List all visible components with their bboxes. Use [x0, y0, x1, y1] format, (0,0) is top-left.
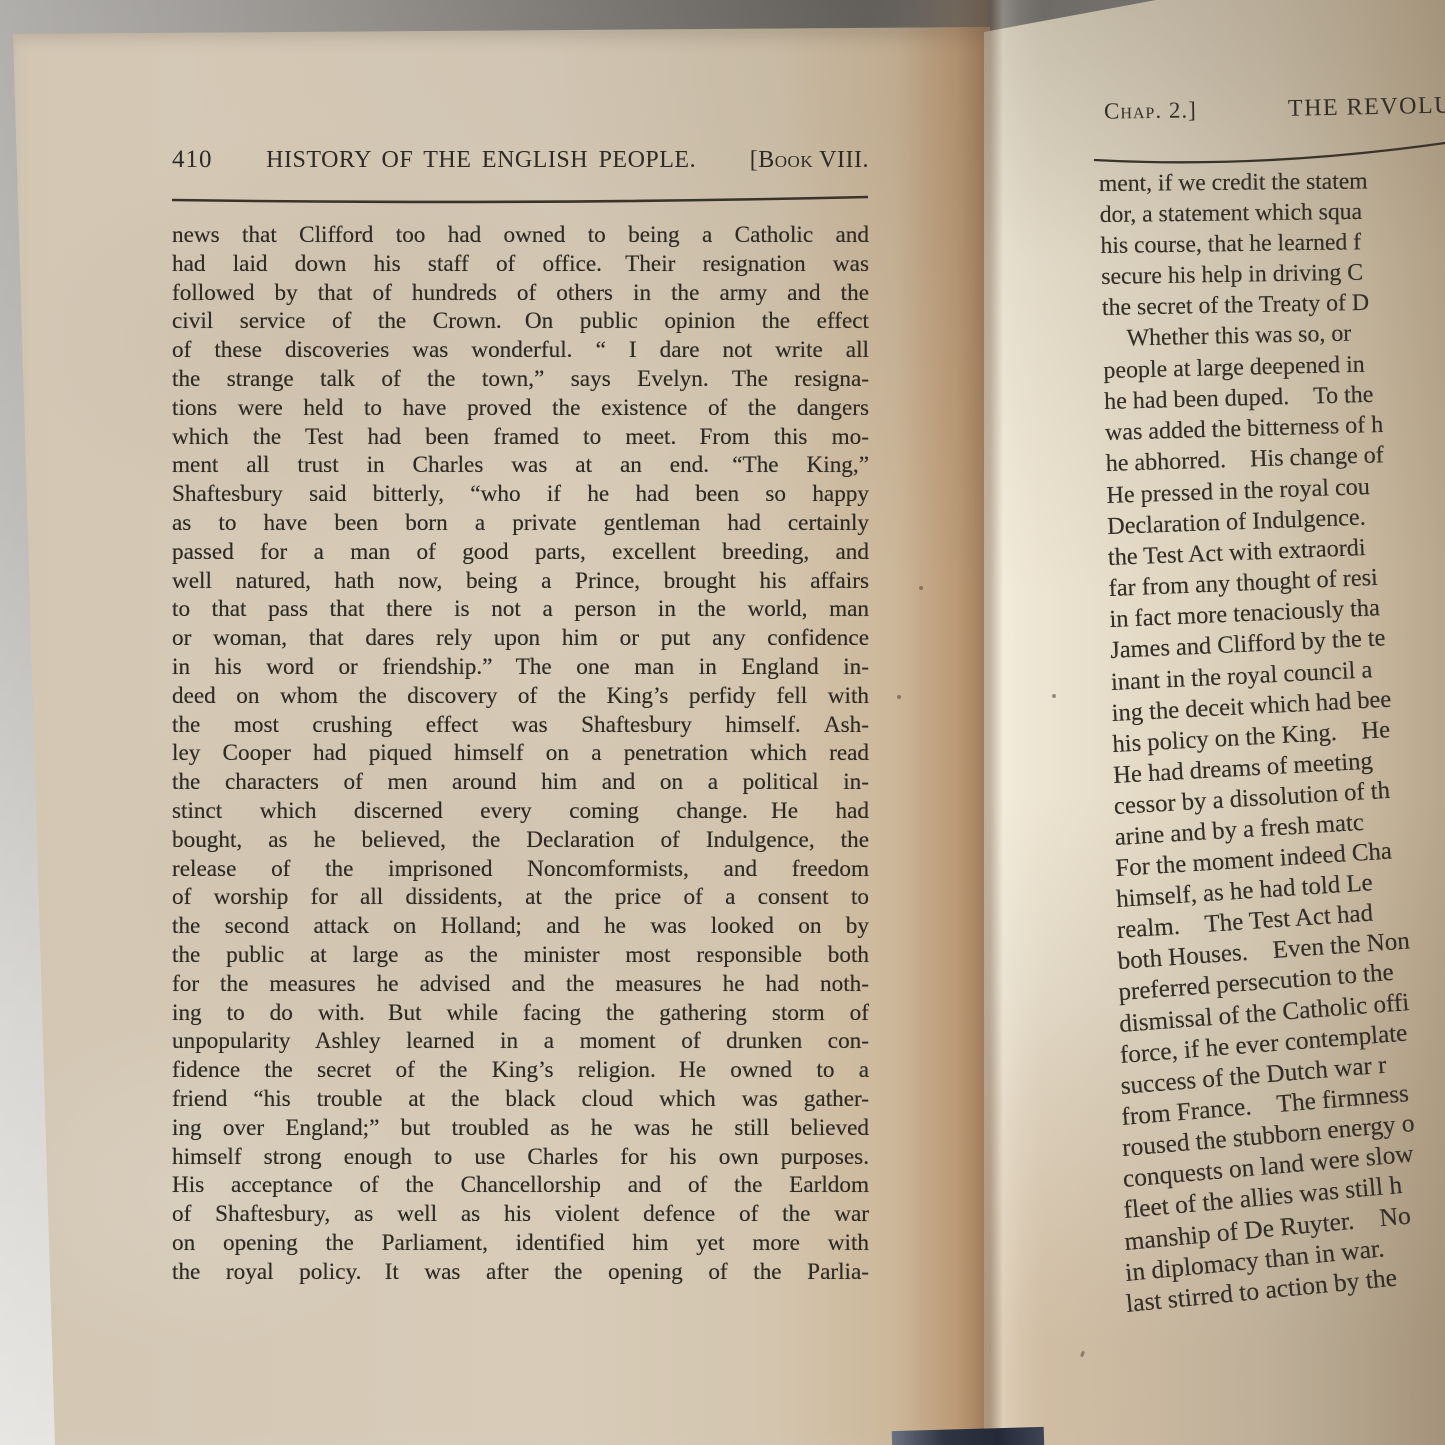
- left-page-header: 410 HISTORY OF THE ENGLISH PEOPLE. [Book…: [172, 146, 869, 174]
- text-line: himself strong enough to use Charles for…: [172, 1143, 869, 1172]
- text-line: news that Clifford too had owned to bein…: [172, 221, 869, 250]
- text-line: the royal policy. It was after the openi…: [172, 1258, 869, 1287]
- text-line: fidence the secret of the King’s religio…: [172, 1056, 869, 1085]
- text-line: ing over England;” but troubled as he wa…: [172, 1114, 869, 1143]
- text-line: unpopularity Ashley learned in a moment …: [172, 1027, 869, 1056]
- text-line: in his word or friendship.” The one man …: [172, 653, 869, 682]
- text-line: release of the imprisoned Noncomformists…: [172, 855, 869, 884]
- text-line: the most crushing effect was Shaftesbury…: [172, 711, 869, 740]
- text-line: well natured, hath now, being a Prince, …: [172, 567, 869, 596]
- text-line: the characters of men around him and on …: [172, 768, 869, 797]
- text-line: of Shaftesbury, as well as his violent d…: [172, 1200, 869, 1229]
- text-line: Shaftesbury said bitterly, “who if he ha…: [172, 480, 869, 509]
- right-page-text-block: ment, if we credit the statemdor, a stat…: [1099, 169, 1445, 1319]
- text-line: ley Cooper had piqued himself on a penet…: [172, 739, 869, 768]
- left-page-text-block: news that Clifford too had owned to bein…: [172, 221, 869, 1286]
- paper-speck: [1052, 694, 1056, 698]
- text-line: ment all trust in Charles was at an end.…: [172, 451, 869, 480]
- running-title: THE REVOLUT: [1288, 92, 1445, 123]
- text-line: ing to do with. But while facing the gat…: [172, 999, 869, 1028]
- text-line: the public at large as the minister most…: [172, 941, 869, 970]
- book-number: [Book VIII.: [750, 147, 869, 174]
- text-line: stinct which discerned every coming chan…: [172, 797, 869, 826]
- text-line: had laid down his staff of office. Their…: [172, 250, 869, 279]
- text-line: for the measures he advised and the meas…: [172, 970, 869, 999]
- text-line: passed for a man of good parts, excellen…: [172, 538, 869, 567]
- text-line: the strange talk of the town,” says Evel…: [172, 365, 869, 394]
- text-line: friend “his trouble at the black cloud w…: [172, 1085, 869, 1114]
- running-title: HISTORY OF THE ENGLISH PEOPLE.: [266, 147, 696, 174]
- book-photo: 410 HISTORY OF THE ENGLISH PEOPLE. [Book…: [0, 0, 1445, 1445]
- paper-speck: [919, 586, 923, 590]
- page-number: 410: [172, 146, 213, 174]
- text-line: on opening the Parliament, identified hi…: [172, 1229, 869, 1258]
- text-line: deed on whom the discovery of the King’s…: [172, 682, 869, 711]
- chapter-label: Chap. 2.]: [1104, 97, 1197, 124]
- text-line: tions were held to have proved the exist…: [172, 394, 869, 423]
- text-line: to that pass that there is not a person …: [172, 595, 869, 624]
- text-line: ment, if we credit the statem: [1099, 165, 1445, 200]
- text-line: the second attack on Holland; and he was…: [172, 912, 869, 941]
- text-line: followed by that of hundreds of others i…: [172, 279, 869, 308]
- book-cover-edge: [892, 1427, 1044, 1445]
- paper-speck: [897, 695, 901, 699]
- text-line: of worship for all dissidents, at the pr…: [172, 883, 869, 912]
- text-line: bought, as he believed, the Declaration …: [172, 826, 869, 855]
- text-line: which the Test had been framed to meet. …: [172, 423, 869, 452]
- text-line: civil service of the Crown. On public op…: [172, 307, 869, 336]
- text-line: His acceptance of the Chancellorship and…: [172, 1171, 869, 1200]
- text-line: as to have been born a private gentleman…: [172, 509, 869, 538]
- text-line: or woman, that dares rely upon him or pu…: [172, 624, 869, 653]
- text-line: of these discoveries was wonderful. “ I …: [172, 336, 869, 365]
